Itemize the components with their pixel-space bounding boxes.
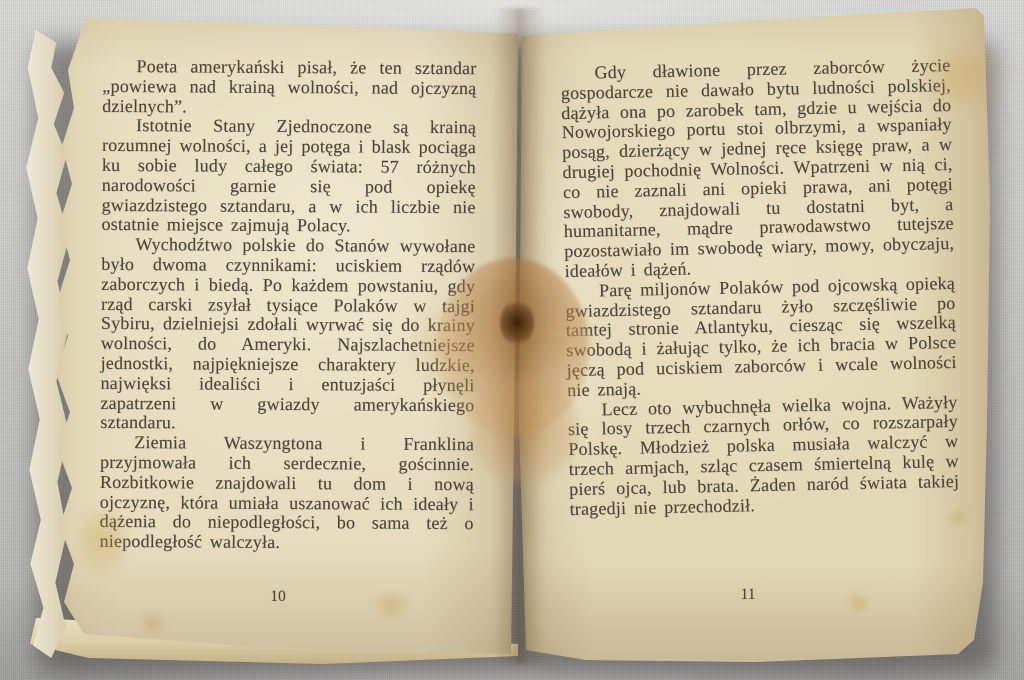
foxing-spot [946, 508, 972, 528]
paragraph-text: Poeta amerykański pisał, że ten sztandar… [102, 57, 476, 119]
stain-spread-right [545, 295, 600, 380]
coffee-stain-core [500, 300, 534, 346]
right-page-number: 11 [728, 586, 768, 604]
coffee-stain-lower [468, 368, 580, 490]
paragraph-text: Parę miljonów Polaków pod ojcowską opiek… [565, 274, 957, 401]
book-photo-scene: Poeta amerykański pisał, że ten sztandar… [0, 0, 1024, 680]
paragraph-text: Ziemia Waszyngtona i Franklina przyjmowa… [99, 433, 474, 554]
foxing-spot [912, 40, 1012, 110]
paragraph-text: Istotnie Stany Zjednoczone są krainą roz… [101, 116, 476, 237]
stain-spread-left [408, 285, 492, 405]
foxing-spot [136, 612, 170, 634]
right-page-text: Gdy dławione przez zaborców życie gospod… [560, 56, 959, 519]
left-page-number: 10 [258, 588, 298, 606]
paragraph-text: Lecz oto wybuchnęła wielka wojna. Ważyły… [567, 392, 959, 519]
paragraph-text: Gdy dławione przez zaborców życie gospod… [560, 56, 954, 282]
foxing-spot [368, 592, 414, 618]
foxing-spot [80, 492, 126, 588]
foxing-spot [846, 592, 872, 614]
